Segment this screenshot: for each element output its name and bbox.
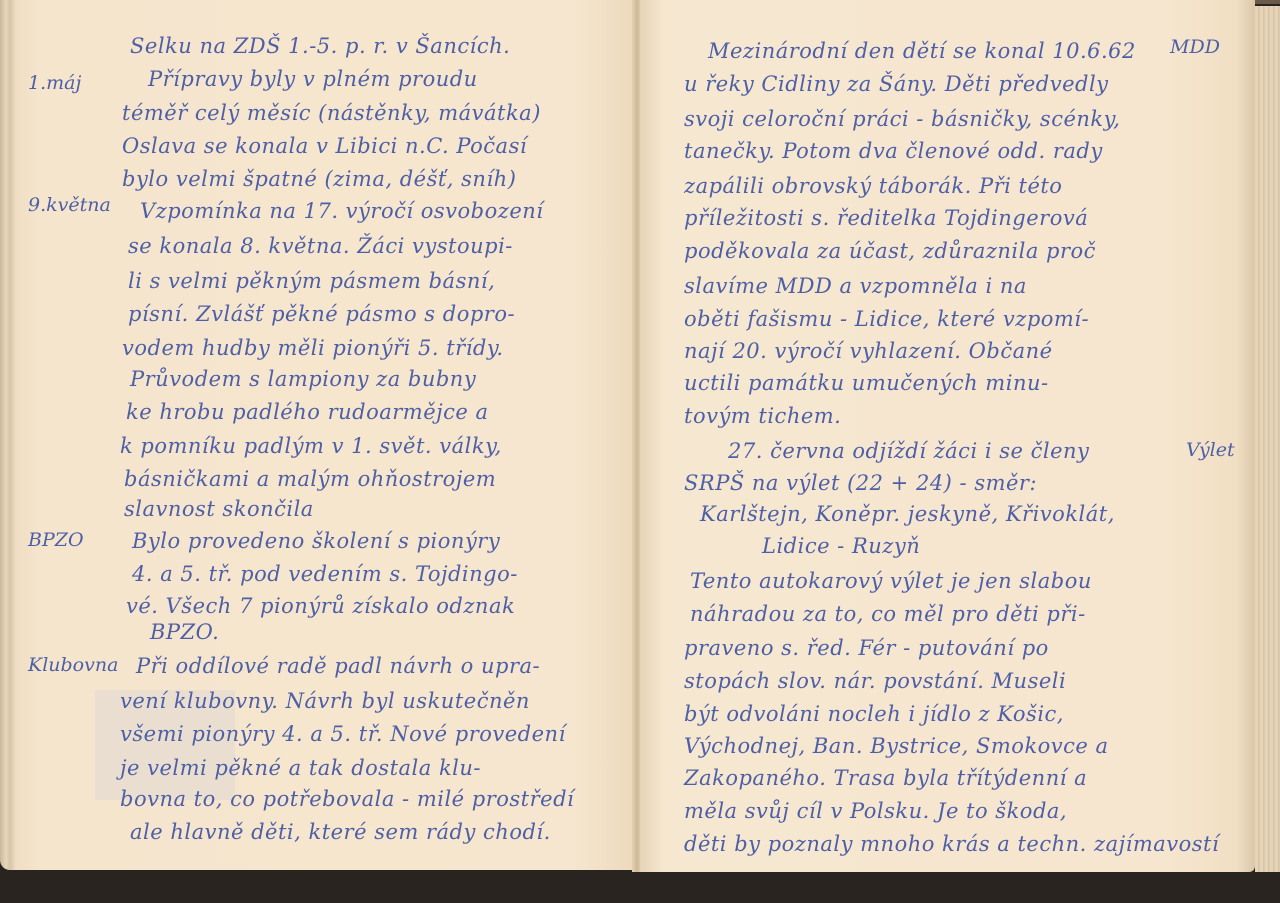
text-line: Selku na ZDŠ 1.-5. p. r. v Šancích. — [130, 34, 510, 58]
text-line: 4. a 5. tř. pod vedením s. Tojdingo- — [132, 562, 518, 586]
text-line: tovým tichem. — [684, 404, 841, 428]
text-line: BPZO. — [150, 620, 219, 644]
text-line: li s velmi pěkným pásmem básní, — [128, 269, 495, 293]
text-line: vodem hudby měli pionýři 5. třídy. — [122, 336, 504, 360]
text-line: téměř celý měsíc (nástěnky, mávátka) — [122, 101, 541, 125]
text-line: měla svůj cíl v Polsku. Je to škoda, — [684, 799, 1067, 823]
text-line: stopách slov. nár. povstání. Museli — [684, 669, 1066, 693]
text-line: všemi pionýry 4. a 5. tř. Nové provedení — [120, 722, 566, 746]
text-line: zapálili obrovský táborák. Při této — [684, 174, 1062, 198]
text-line: Zakopaného. Trasa byla třítýdenní a — [684, 766, 1087, 790]
text-line: bylo velmi špatné (zima, déšť, sníh) — [122, 167, 516, 191]
text-line: písní. Zvlášť pěkné pásmo s dopro- — [128, 302, 515, 326]
text-line: vení klubovny. Návrh byl uskutečněn — [120, 689, 530, 713]
text-line: Karlštejn, Koněpr. jeskyně, Křivoklát, — [700, 502, 1115, 526]
text-line: Východnej, Ban. Bystrice, Smokovce a — [684, 734, 1109, 758]
text-line: nají 20. výročí vyhlazení. Občané — [684, 339, 1053, 363]
margin-note: Klubovna — [28, 654, 118, 676]
text-line: praveno s. řed. Fér - putování po — [684, 636, 1049, 660]
text-line: oběti fašismu - Lidice, které vzpomí- — [684, 307, 1089, 331]
text-line: děti by poznaly mnoho krás a techn. zají… — [684, 832, 1219, 856]
text-line: vé. Všech 7 pionýrů získalo odznak — [126, 594, 515, 618]
text-line: tanečky. Potom dva členové odd. rady — [684, 139, 1103, 163]
text-line: Průvodem s lampiony za bubny — [130, 367, 476, 391]
text-line: 27. června odjíždí žáci i se členy — [728, 439, 1089, 463]
text-line: básničkami a malým ohňostrojem — [124, 467, 496, 491]
text-line: Vzpomínka na 17. výročí osvobození — [140, 199, 544, 223]
text-line: Mezinárodní den dětí se konal 10.6.62 — [708, 39, 1136, 63]
text-line: Lidice - Ruzyň — [762, 534, 920, 558]
text-line: Oslava se konala v Libici n.C. Počasí — [122, 134, 527, 158]
margin-note: 9.května — [28, 194, 111, 216]
text-line: náhradou za to, co měl pro děti při- — [690, 602, 1086, 626]
text-line: příležitosti s. ředitelka Tojdingerová — [684, 206, 1088, 230]
text-line: poděkovala za účast, zdůraznila proč — [684, 239, 1096, 263]
text-line: k pomníku padlým v 1. svět. války, — [120, 434, 502, 458]
margin-note: 1.máj — [28, 72, 81, 94]
text-line: Přípravy byly v plném proudu — [148, 67, 478, 91]
text-line: se konala 8. května. Žáci vystoupi- — [128, 234, 513, 258]
text-line: svoji celoroční práci - básničky, scénky… — [684, 107, 1120, 131]
text-line: je velmi pěkné a tak dostala klu- — [120, 756, 481, 780]
text-line: slavíme MDD a vzpomněla i na — [684, 274, 1027, 298]
text-line: být odvoláni nocleh i jídlo z Košic, — [684, 702, 1064, 726]
text-line: ke hrobu padlého rudoarmějce a — [126, 400, 489, 424]
page-edges — [1255, 6, 1280, 872]
text-line: ale hlavně děti, které sem rády chodí. — [130, 820, 551, 844]
text-line: u řeky Cidliny za Šány. Děti předvedly — [684, 72, 1109, 96]
margin-note: BPZO — [28, 529, 84, 551]
text-line: slavnost skončila — [124, 497, 314, 521]
text-line: SRPŠ na výlet (22 + 24) - směr: — [684, 471, 1037, 495]
text-line: uctili památku umučených minu- — [684, 371, 1049, 395]
text-line: Tento autokarový výlet je jen slabou — [690, 569, 1092, 593]
side-note: Výlet — [1186, 439, 1235, 461]
margin-note: MDD — [1170, 36, 1220, 58]
text-line: bovna to, co potřebovala - milé prostřed… — [120, 787, 574, 811]
text-line: Bylo provedeno školení s pionýry — [132, 529, 500, 553]
text-line: Při oddílové radě padl návrh o upra- — [136, 654, 540, 678]
